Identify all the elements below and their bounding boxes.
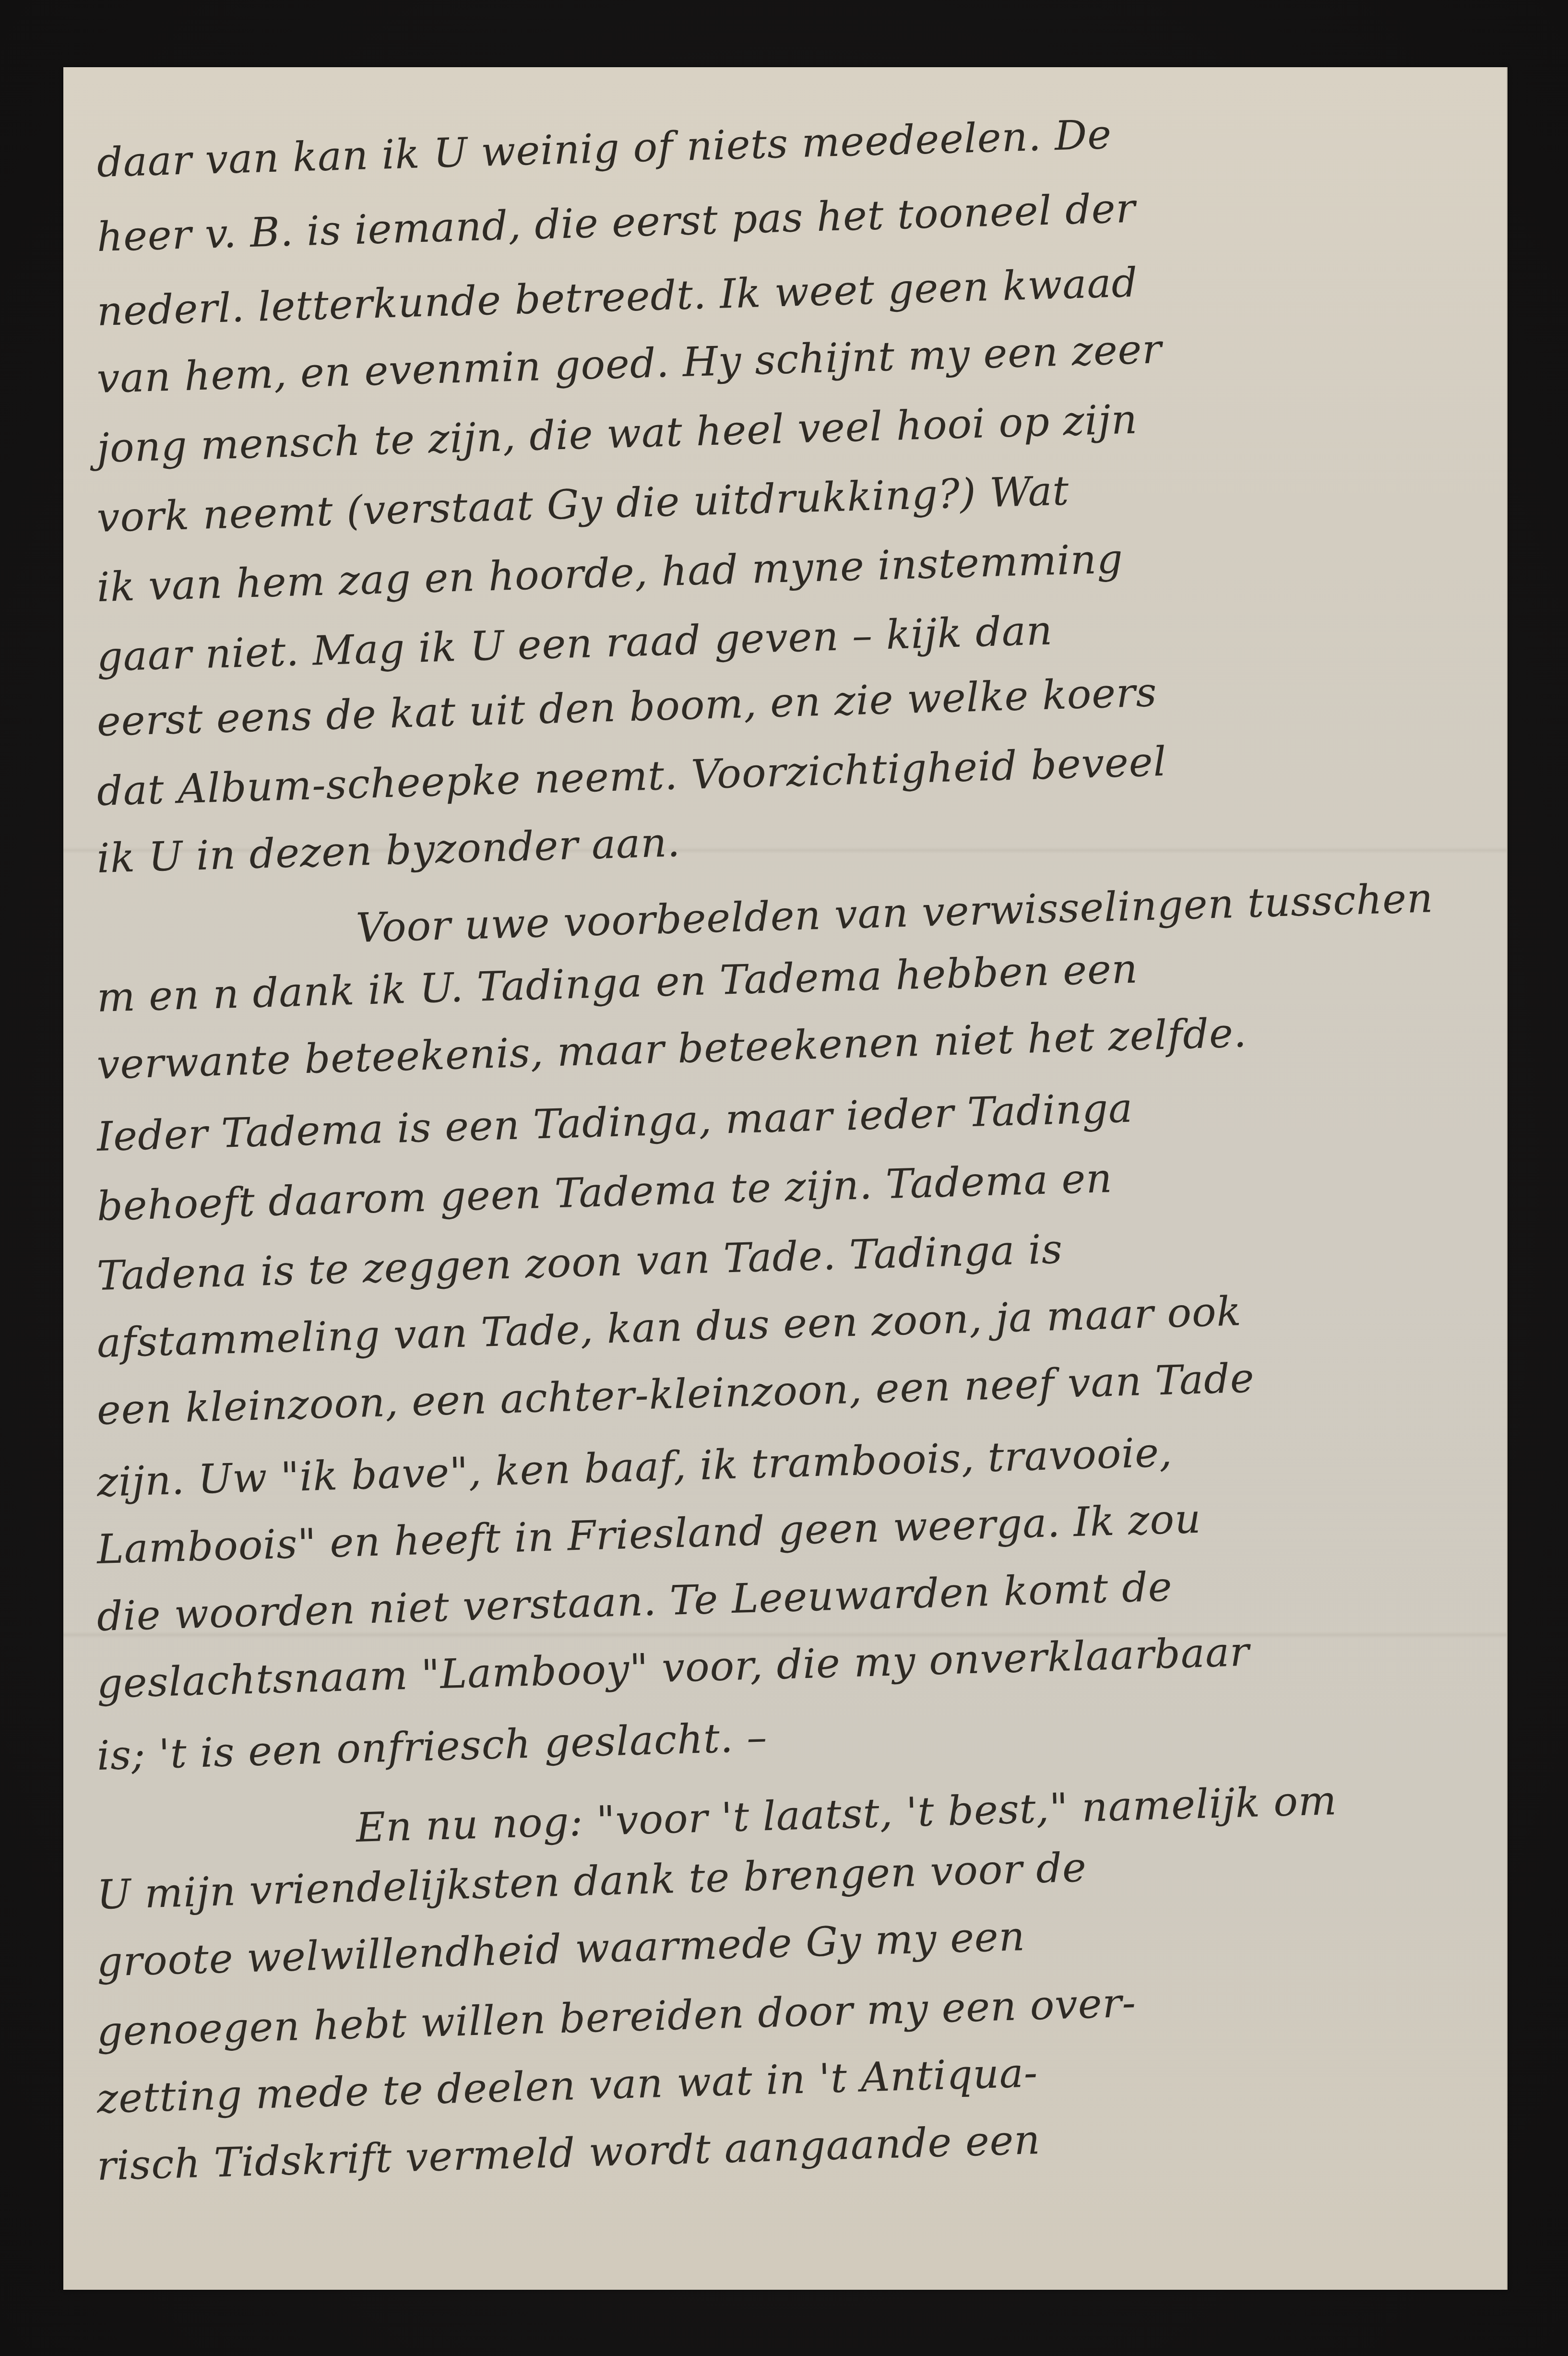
- text-line-9: eerst eens de kat uit den boom, en zie w…: [96, 668, 1158, 745]
- text-line-3: nederl. letterkunde betreedt. Ik weet ge…: [96, 259, 1139, 335]
- text-line-18: afstammeling van Tade, kan dus een zoon,…: [96, 1287, 1242, 1367]
- text-line-12: Voor uwe voorbeelden van verwisselingen …: [356, 874, 1434, 952]
- text-line-13: m en n dank ik U. Tadinga en Tadema hebb…: [96, 945, 1139, 1021]
- text-line-1: daar van kan ik U weinig of niets meedee…: [96, 111, 1113, 186]
- text-line-4: van hem, en evenmin goed. Hy schijnt my …: [96, 325, 1163, 402]
- text-line-20: zijn. Uw "ik bave", ken baaf, ik tramboo…: [96, 1428, 1173, 1506]
- text-line-22: die woorden niet verstaan. Te Leeuwarden…: [96, 1563, 1173, 1640]
- text-line-19: een kleinzoon, een achter-kleinzoon, een…: [96, 1355, 1255, 1434]
- text-line-2: heer v. B. is iemand, die eerst pas het …: [96, 185, 1136, 261]
- text-line-26: U mijn vriendelijksten dank te brengen v…: [96, 1844, 1087, 1918]
- text-line-14: verwante beteekenis, maar beteekenen nie…: [96, 1009, 1247, 1088]
- letter-page: daar van kan ik U weinig of niets meedee…: [63, 67, 1508, 2290]
- text-line-10: dat Album-scheepke neemt. Voorzichtighei…: [96, 738, 1167, 815]
- text-line-24: is; 't is een onfriesch geslacht. –: [96, 1713, 768, 1779]
- text-line-17: Tadena is te zeggen zoon van Tade. Tadin…: [96, 1226, 1064, 1299]
- text-line-7: ik van hem zag en hoorde, had myne inste…: [96, 535, 1124, 611]
- text-line-11: ik U in dezen byzonder aan.: [96, 819, 681, 882]
- text-line-25: En nu nog: "voor 't laatst, 't best," na…: [356, 1777, 1338, 1851]
- text-line-21: Lamboois" en heeft in Friesland geen wee…: [96, 1495, 1202, 1573]
- text-line-28: genoegen hebt willen bereiden door my ee…: [96, 1979, 1137, 2055]
- text-line-30: risch Tidskrift vermeld wordt aangaande …: [96, 2116, 1041, 2189]
- text-line-23: geslachtsnaam "Lambooy" voor, die my onv…: [96, 1628, 1250, 1707]
- text-line-27: groote welwillendheid waarmede Gy my een: [96, 1913, 1026, 1986]
- text-line-5: jong mensch te zijn, die wat heel veel h…: [96, 395, 1138, 472]
- text-line-29: zetting mede te deelen van wat in 't Ant…: [96, 2049, 1039, 2122]
- text-line-8: gaar niet. Mag ik U een raad geven – kij…: [96, 607, 1054, 680]
- text-line-6: vork neemt (verstaat Gy die uitdrukking?…: [96, 467, 1070, 541]
- text-line-16: behoeft daarom geen Tadema te zijn. Tade…: [96, 1154, 1113, 1230]
- text-line-15: Ieder Tadema is een Tadinga, maar ieder …: [96, 1084, 1134, 1160]
